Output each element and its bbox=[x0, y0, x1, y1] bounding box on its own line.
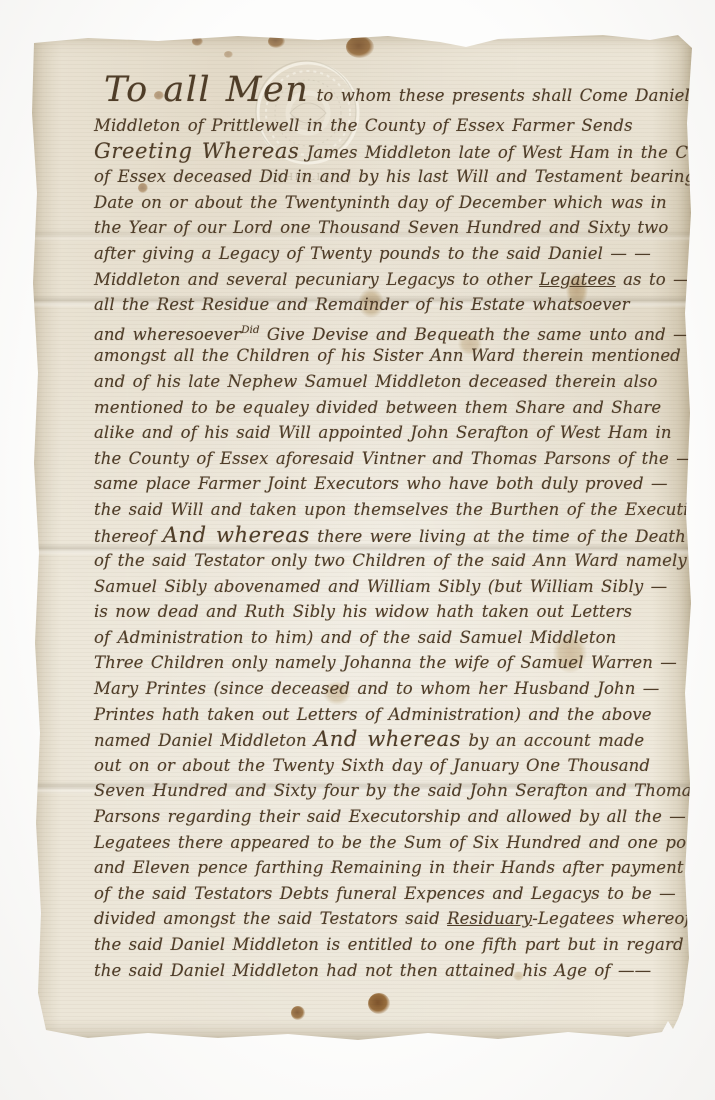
manuscript-text-segment: the said Daniel Middleton had not then a… bbox=[94, 961, 651, 980]
manuscript-line: Middleton of Prittlewell in the County o… bbox=[94, 113, 668, 139]
manuscript-text-segment: of Administration to him) and of the sai… bbox=[94, 628, 616, 647]
manuscript-line: the said Daniel Middleton had not then a… bbox=[94, 958, 668, 984]
manuscript-text-segment: and wheresoever bbox=[94, 325, 241, 344]
foxing-stain bbox=[368, 993, 390, 1014]
manuscript-text-segment: Printes hath taken out Letters of Admini… bbox=[94, 705, 652, 724]
manuscript-line: the said Daniel Middleton is entitled to… bbox=[94, 932, 668, 958]
manuscript-line: divided amongst the said Testators said … bbox=[94, 906, 668, 932]
manuscript-line: alike and of his said Will appointed Joh… bbox=[94, 420, 668, 446]
manuscript-text-segment: Did bbox=[241, 324, 260, 336]
manuscript-text-segment: thereof bbox=[94, 527, 163, 546]
manuscript-text-segment: of the said Testators Debts funeral Expe… bbox=[94, 884, 676, 903]
manuscript-line: all the Rest Residue and Remainder of hi… bbox=[94, 292, 668, 318]
foxing-stain bbox=[192, 37, 203, 46]
manuscript-line: and of his late Nephew Samuel Middleton … bbox=[94, 369, 668, 395]
foxing-stain bbox=[268, 35, 285, 48]
manuscript-text-segment: same place Farmer Joint Executors who ha… bbox=[94, 474, 668, 493]
manuscript-line: of Administration to him) and of the sai… bbox=[94, 625, 668, 651]
manuscript-line: Parsons regarding their said Executorshi… bbox=[94, 804, 668, 830]
manuscript-line: Greeting Whereas James Middleton late of… bbox=[94, 139, 668, 165]
manuscript-text-segment: the Year of our Lord one Thousand Seven … bbox=[94, 218, 668, 237]
manuscript-line: after giving a Legacy of Twenty pounds t… bbox=[94, 241, 668, 267]
manuscript-text-segment: by an account made bbox=[461, 731, 644, 750]
manuscript-text-segment: amongst all the Children of his Sister A… bbox=[94, 346, 681, 365]
manuscript-line: Middleton and several pecuniary Legacys … bbox=[94, 267, 668, 293]
manuscript-line: of the said Testator only two Children o… bbox=[94, 548, 668, 574]
manuscript-line: Mary Printes (since deceased and to whom… bbox=[94, 676, 668, 702]
manuscript-line: of Essex deceased Did in and by his last… bbox=[94, 164, 668, 190]
manuscript-line: of the said Testators Debts funeral Expe… bbox=[94, 881, 668, 907]
manuscript-text-segment: mentioned to be equaley divided between … bbox=[94, 398, 661, 417]
manuscript-text-segment: the said Will and taken upon themselves … bbox=[94, 500, 709, 519]
manuscript-line: is now dead and Ruth Sibly his widow hat… bbox=[94, 599, 668, 625]
manuscript-text-segment: to whom these presents shall Come Daniel bbox=[309, 86, 690, 105]
manuscript-line: Date on or about the Twentyninth day of … bbox=[94, 190, 668, 216]
manuscript-line: and Eleven pence farthing Remaining in t… bbox=[94, 855, 668, 881]
manuscript-text-segment: Legatees bbox=[539, 270, 616, 289]
manuscript-text-segment: all the Rest Residue and Remainder of hi… bbox=[94, 295, 630, 314]
manuscript-line: the County of Essex aforesaid Vintner an… bbox=[94, 446, 668, 472]
manuscript-line: To all Men to whom these presents shall … bbox=[94, 67, 668, 113]
manuscript-text-segment: Seven Hundred and Sixty four by the said… bbox=[94, 781, 700, 800]
manuscript-text-segment: -Legatees whereof bbox=[532, 909, 690, 928]
manuscript-text-segment: of Essex deceased Did in and by his last… bbox=[94, 167, 695, 186]
manuscript-text-segment: of the said Testator only two Children o… bbox=[94, 551, 687, 570]
manuscript-text-segment: is now dead and Ruth Sibly his widow hat… bbox=[94, 602, 632, 621]
manuscript-line: Legatees there appeared to be the Sum of… bbox=[94, 830, 668, 856]
manuscript-text-segment: Residuary bbox=[447, 909, 532, 928]
manuscript-line: thereof And whereas there were living at… bbox=[94, 523, 668, 549]
manuscript-text-segment: there were living at the time of the Dea… bbox=[310, 527, 686, 546]
manuscript-line: the Year of our Lord one Thousand Seven … bbox=[94, 215, 668, 241]
manuscript-line: Samuel Sibly abovenamed and William Sibl… bbox=[94, 574, 668, 600]
manuscript-text-segment: the County of Essex aforesaid Vintner an… bbox=[94, 449, 693, 468]
manuscript-text-segment: the said Daniel Middleton is entitled to… bbox=[94, 935, 684, 954]
manuscript-line: out on or about the Twenty Sixth day of … bbox=[94, 753, 668, 779]
manuscript-text-segment: And whereas bbox=[314, 727, 461, 751]
manuscript-text-segment: named Daniel Middleton bbox=[94, 731, 314, 750]
manuscript-text-segment: after giving a Legacy of Twenty pounds t… bbox=[94, 244, 651, 263]
manuscript-text-segment: Middleton of Prittlewell in the County o… bbox=[94, 116, 633, 135]
manuscript-text-segment: Samuel Sibly abovenamed and William Sibl… bbox=[94, 577, 667, 596]
manuscript-text-segment: Legatees there appeared to be the Sum of… bbox=[94, 833, 715, 852]
manuscript-line: Seven Hundred and Sixty four by the said… bbox=[94, 778, 668, 804]
manuscript-text-segment: divided amongst the said Testators said bbox=[94, 909, 447, 928]
manuscript-text-segment: Give Devise and Bequeath the same unto a… bbox=[260, 325, 690, 344]
manuscript-line: named Daniel Middleton And whereas by an… bbox=[94, 727, 668, 753]
manuscript-text-segment: Parsons regarding their said Executorshi… bbox=[94, 807, 686, 826]
manuscript-line: amongst all the Children of his Sister A… bbox=[94, 343, 668, 369]
manuscript-line: and wheresoeverDid Give Devise and Beque… bbox=[94, 318, 668, 344]
manuscript-line: Three Children only namely Johanna the w… bbox=[94, 650, 668, 676]
manuscript-text-segment: and Eleven pence farthing Remaining in t… bbox=[94, 858, 684, 877]
manuscript-text-segment: And whereas bbox=[163, 523, 310, 547]
manuscript-text-segment: out on or about the Twenty Sixth day of … bbox=[94, 756, 650, 775]
manuscript-page: SHILLING To all Men to whom these presen… bbox=[28, 33, 692, 1041]
manuscript-text-segment: Mary Printes (since deceased and to whom… bbox=[94, 679, 659, 698]
manuscript-line: the said Will and taken upon themselves … bbox=[94, 497, 668, 523]
manuscript-line: Printes hath taken out Letters of Admini… bbox=[94, 702, 668, 728]
manuscript-text-segment: Date on or about the Twentyninth day of … bbox=[94, 193, 667, 212]
manuscript-text-segment: as to — bbox=[616, 270, 690, 289]
photo-background: SHILLING To all Men to whom these presen… bbox=[0, 0, 715, 1100]
manuscript-text-segment: Greeting Whereas bbox=[94, 139, 299, 163]
manuscript-line: mentioned to be equaley divided between … bbox=[94, 395, 668, 421]
manuscript-line: same place Farmer Joint Executors who ha… bbox=[94, 471, 668, 497]
manuscript-text-segment: Three Children only namely Johanna the w… bbox=[94, 653, 677, 672]
foxing-stain bbox=[291, 1006, 305, 1020]
foxing-stain bbox=[224, 51, 233, 58]
manuscript-text-segment: Middleton and several pecuniary Legacys … bbox=[94, 270, 539, 289]
manuscript-text-segment: James Middleton late of West Ham in the … bbox=[299, 143, 715, 162]
manuscript-text: To all Men to whom these presents shall … bbox=[94, 67, 668, 983]
manuscript-text-segment: alike and of his said Will appointed Joh… bbox=[94, 423, 672, 442]
manuscript-text-segment: To all Men bbox=[104, 70, 309, 110]
manuscript-text-segment: and of his late Nephew Samuel Middleton … bbox=[94, 372, 658, 391]
